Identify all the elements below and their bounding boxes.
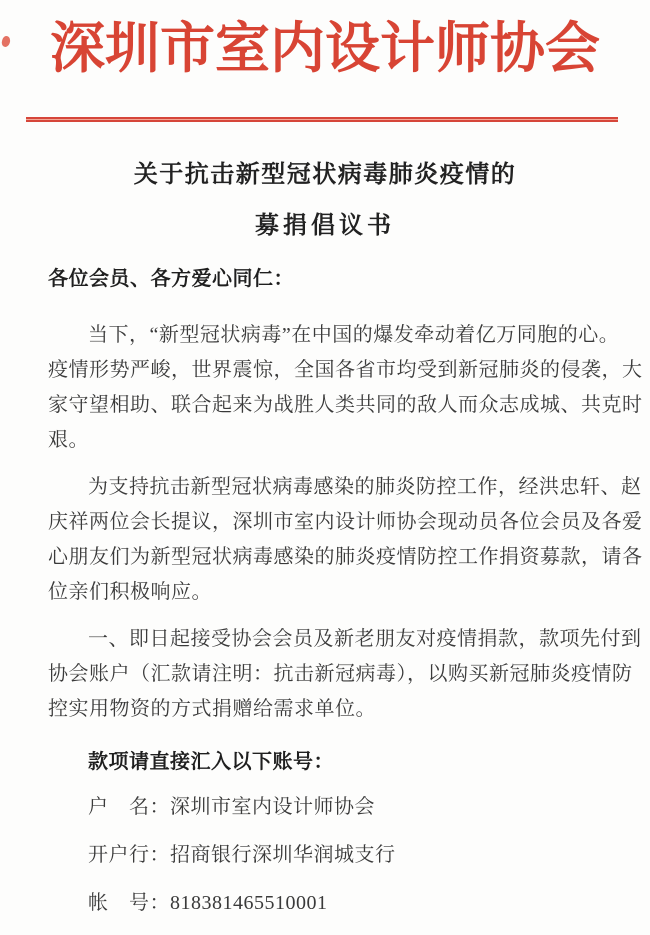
account-label: 户 名： bbox=[88, 796, 170, 818]
paragraph-line: 庆祥两位会长提议，深圳市室内设计师协会现动员各位会员及各爱 bbox=[48, 505, 604, 540]
org-name-header: 深圳市室内设计师协会 bbox=[0, 14, 650, 84]
account-value: 深圳市室内设计师协会 bbox=[170, 796, 375, 818]
account-row-holder-name: 户 名：深圳市室内设计师协会 bbox=[48, 790, 604, 825]
document-title: 关于抗击新型冠状病毒肺炎疫情的 募捐倡议书 bbox=[0, 150, 650, 252]
header-divider-rule bbox=[26, 117, 618, 122]
paragraph-line: 疫情形势严峻，世界震惊，全国各省市均受到新冠肺炎的侵袭，大 bbox=[48, 353, 604, 388]
paragraph-line: 协会账户（汇款请注明：抗击新冠病毒），以购买新冠肺炎疫情防 bbox=[48, 657, 604, 692]
paragraph-line: 当下，“新型冠状病毒”在中国的爆发牵动着亿万同胞的心。 bbox=[48, 318, 604, 353]
paragraph-line: 心朋友们为新型冠状病毒感染的肺炎疫情防控工作捐资募款，请各 bbox=[48, 540, 604, 575]
paragraph-line: 艰。 bbox=[48, 423, 604, 458]
account-row-bank-branch: 开户行：招商银行深圳华润城支行 bbox=[48, 838, 604, 873]
account-label: 开户行： bbox=[88, 844, 170, 866]
salutation: 各位会员、各方爱心同仁： bbox=[48, 262, 604, 297]
account-value: 818381465510001 bbox=[170, 892, 328, 914]
account-row-account-number: 帐 号：818381465510001 bbox=[48, 886, 604, 921]
paragraph-3: 一、即日起接受协会会员及新老朋友对疫情捐款，款项先付到 协会账户（汇款请注明：抗… bbox=[48, 622, 604, 727]
paragraph-line: 为支持抗击新型冠状病毒感染的肺炎防控工作，经洪忠轩、赵 bbox=[48, 470, 604, 505]
paragraph-line: 家守望相助、联合起来为战胜人类共同的敌人而众志成城、共克时 bbox=[48, 388, 604, 423]
remittance-heading: 款项请直接汇入以下账号： bbox=[48, 745, 604, 780]
document-body: 各位会员、各方爱心同仁： 当下，“新型冠状病毒”在中国的爆发牵动着亿万同胞的心。… bbox=[48, 262, 604, 934]
document-page: 深圳市室内设计师协会 关于抗击新型冠状病毒肺炎疫情的 募捐倡议书 各位会员、各方… bbox=[0, 0, 650, 935]
paragraph-line: 一、即日起接受协会会员及新老朋友对疫情捐款，款项先付到 bbox=[48, 622, 604, 657]
account-label: 帐 号： bbox=[88, 892, 170, 914]
account-value: 招商银行深圳华润城支行 bbox=[170, 844, 396, 866]
paragraph-line: 位亲们积极响应。 bbox=[48, 575, 604, 610]
paragraph-1: 当下，“新型冠状病毒”在中国的爆发牵动着亿万同胞的心。 疫情形势严峻，世界震惊，… bbox=[48, 318, 604, 458]
document-title-line-2: 募捐倡议书 bbox=[0, 201, 650, 252]
paragraph-line: 控实用物资的方式捐赠给需求单位。 bbox=[48, 692, 604, 727]
paragraph-2: 为支持抗击新型冠状病毒感染的肺炎防控工作，经洪忠轩、赵 庆祥两位会长提议，深圳市… bbox=[48, 470, 604, 610]
account-details: 户 名：深圳市室内设计师协会 开户行：招商银行深圳华润城支行 帐 号：81838… bbox=[48, 790, 604, 921]
document-title-line-1: 关于抗击新型冠状病毒肺炎疫情的 bbox=[0, 150, 650, 201]
